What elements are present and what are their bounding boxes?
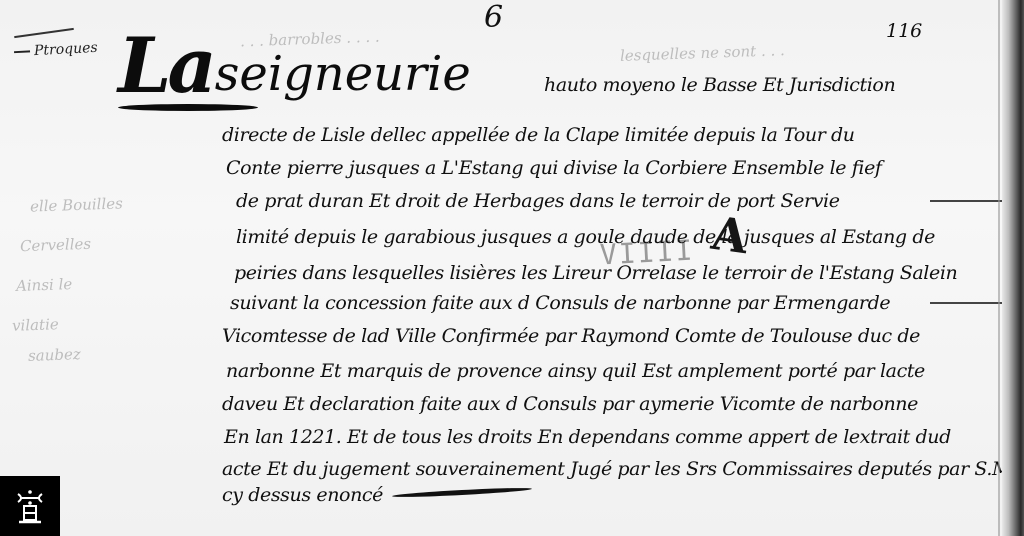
text-line-9: narbonne Et marquis de provence ainsy qu…	[226, 360, 925, 382]
text-line-2: directe de Lisle dellec appellée de la C…	[222, 124, 855, 146]
text-line-6: peiries dans lesquelles lisières les Lir…	[234, 262, 957, 284]
bleed-through-text: saubez	[28, 345, 81, 365]
folio-number-right: 116	[886, 20, 922, 42]
text-line-5: limité depuis le garabious jusques a gou…	[236, 226, 935, 248]
manuscript-page: elle Bouilles Cervelles Ainsi le vilatie…	[0, 0, 1024, 536]
book-binding	[1002, 0, 1024, 536]
bleed-through-text: lesquelles ne sont . . .	[620, 41, 785, 65]
text-line-13: cy dessus enoncé	[222, 484, 383, 506]
page-edge-line	[998, 0, 1000, 536]
bleed-through-text: elle Bouilles	[30, 194, 123, 215]
heading-word: seigneurie	[215, 44, 471, 104]
text-line-8: Vicomtesse de lad Ville Confirmée par Ra…	[222, 325, 920, 347]
heading-flourish	[118, 104, 258, 111]
folio-number-top: 6	[484, 0, 503, 35]
margin-note: Ptroques	[14, 40, 98, 60]
archive-logo-icon	[13, 486, 47, 526]
text-line-11: En lan 1221. Et de tous les droits En de…	[224, 426, 951, 448]
text-line-3: Conte pierre jusques a L'Estang qui divi…	[226, 157, 882, 179]
heading-capital: La	[118, 28, 213, 104]
margin-stroke	[14, 28, 74, 38]
text-line-1: hauto moyeno le Basse Et Jurisdiction	[544, 74, 895, 96]
text-line-7: suivant la concession faite aux d Consul…	[230, 292, 890, 314]
text-line-10: daveu Et declaration faite aux d Consuls…	[222, 393, 918, 415]
text-line-4: de prat duran Et droit de Herbages dans …	[236, 190, 840, 212]
ink-mark: A	[708, 206, 751, 264]
document-heading: La seigneurie	[118, 28, 471, 104]
archive-badge[interactable]	[0, 476, 60, 536]
bleed-through-text: Ainsi le	[16, 275, 73, 295]
bleed-through-text: Cervelles	[20, 235, 92, 255]
text-line-12: acte Et du jugement souverainement Jugé …	[222, 458, 1011, 480]
bleed-through-text: vilatie	[12, 315, 59, 335]
closing-flourish	[392, 486, 532, 498]
